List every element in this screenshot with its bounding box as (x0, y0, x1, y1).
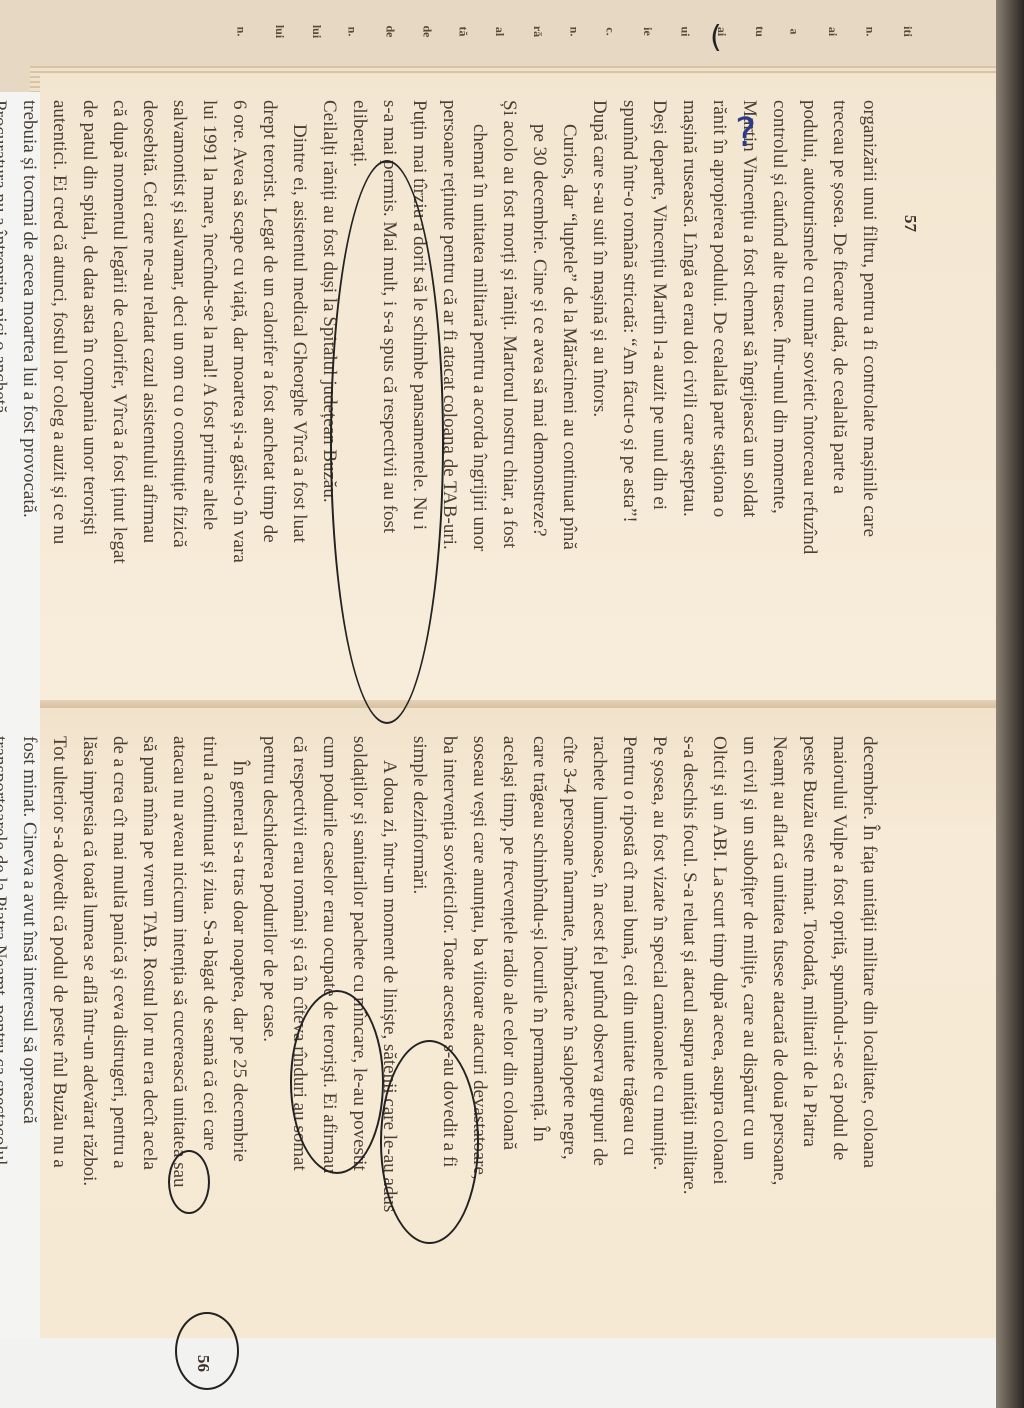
text-line: peste Buzău este minat. Totodată, milita… (794, 736, 824, 1336)
edge-glyph: n. (344, 27, 359, 37)
edge-glyph: de (420, 26, 435, 38)
scanner-edge (996, 0, 1024, 1408)
text-line: lăsa impresia că toată lumea se află înt… (74, 736, 104, 1336)
edge-glyph: ui (678, 26, 693, 36)
edge-glyph: al (492, 27, 507, 36)
text-line: podului, autoturismele cu număr sovietic… (794, 100, 824, 700)
text-line: Procuratura nu a întreprins nici o anche… (0, 100, 14, 700)
text-line: Martin Vincențiu a fost chemat să îngrij… (734, 100, 764, 700)
text-line: În general s-a tras doar noaptea, dar pe… (224, 736, 254, 1336)
text-line: maiorului Vulpe a fost oprită, spunîndu-… (824, 736, 854, 1336)
handwritten-circle-page-number (175, 1312, 239, 1390)
edge-glyph: tă (456, 27, 471, 37)
text-line: tirul a continuat și ziua. S-a băgat de … (194, 736, 224, 1336)
text-line: deosebită. Cei care ne-au relatat cazul … (134, 100, 164, 700)
text-line: A doua zi, într-un moment de liniște, să… (374, 736, 404, 1336)
edge-glyph: n. (862, 27, 877, 37)
page-number-56: 56 (193, 1355, 213, 1372)
text-line: Pentru o ripostă cît mai bună, cei din u… (614, 736, 644, 1336)
scanner-margin (0, 1338, 1000, 1408)
text-line: s-a deschis focul. S-a reluat și atacul … (674, 736, 704, 1336)
text-line: treceau pe șosea. De fiecare dată, de ce… (824, 100, 854, 700)
handwritten-oval-annotation (168, 1150, 210, 1214)
text-line: Dintre ei, asistentul medical Gheorghe V… (284, 100, 314, 700)
text-line: mașină rusească. Lîngă ea erau doi civil… (674, 100, 704, 700)
edge-glyph: ră (530, 26, 545, 37)
text-line: trebuia și tocmai de aceea moartea lui a… (14, 100, 44, 700)
text-line: un civil și un subofițer de miliție, car… (734, 736, 764, 1336)
edge-glyph: iti (900, 26, 915, 37)
page-number-57: 57 (900, 215, 920, 232)
text-line: transportoarele de la Piatra Neamț, pent… (0, 736, 14, 1336)
text-line: de a crea cît mai multă panică și ceva d… (104, 736, 134, 1336)
text-line: 6 ore. Avea să scape cu viață, dar moart… (224, 100, 254, 700)
text-line: ba intervenția sovieticilor. Toate acest… (434, 736, 464, 1336)
text-line: spunînd într-o română stricată: “Am făcu… (614, 100, 644, 700)
handwritten-oval-annotation (290, 990, 384, 1174)
question-mark-icon: ? (735, 110, 756, 156)
text-line: Deși departe, Vincențiu Martin l-a auzit… (644, 100, 674, 700)
text-line: Pe șosea, au fost vizate în special cami… (644, 736, 674, 1336)
text-line: că după momentul legării de calorifer, V… (104, 100, 134, 700)
text-line: fost minat. Cineva a avut însă interesul… (14, 736, 44, 1336)
text-line: Și acolo au fost morți și răniți. Martor… (494, 100, 524, 700)
edge-glyph: n. (566, 27, 581, 37)
text-line: simple dezinformări. (404, 736, 434, 1336)
edge-glyph: lui (272, 25, 287, 38)
handwritten-mark-icon: ( (710, 20, 722, 55)
edge-glyph: lui (309, 25, 324, 38)
edge-glyph: ai (825, 27, 840, 36)
text-line: lui 1991 la mare, înecîndu-se la mal! A … (194, 100, 224, 700)
text-line: să pună mîna pe vreun TAB. Rostul lor nu… (134, 736, 164, 1336)
edge-glyph: a (787, 29, 802, 35)
text-line: salvamontist și salvamar, deci un om cu … (164, 100, 194, 700)
text-line: rachete luminoase, în acest fel putînd o… (584, 736, 614, 1336)
text-line: autentici. Ei cred că atunci, fostul lor… (44, 100, 74, 700)
text-line: Neamț au aflat că unitatea fusese atacat… (764, 736, 794, 1336)
handwritten-oval-annotation (380, 1040, 479, 1244)
text-line: atacau nu aveau nicicum intenția să cuce… (164, 736, 194, 1336)
text-line: decembrie. În fața unității militare din… (854, 736, 884, 1336)
text-line: organizării unui filtru, pentru a fi con… (854, 100, 884, 700)
edge-glyph: c. (603, 27, 618, 35)
text-line: cîte 3-4 persoane înarmate, îmbrăcate în… (554, 736, 584, 1336)
edge-glyph-fragments: n.luiluin.dedetăalrăn.c.ieuiaituaain.iti (0, 0, 1000, 66)
edge-glyph: ie (640, 27, 655, 36)
text-line: drept terorist. Legat de un calorifer a … (254, 100, 284, 700)
text-line: care trăgeau schimbîndu-și locurile în p… (524, 736, 554, 1336)
text-line: rănit în apropierea podului. De cealaltă… (704, 100, 734, 700)
text-line: pe 30 decembrie. Cine și ce avea să mai … (524, 100, 554, 700)
text-line: același timp, pe frecvențele radio ale c… (494, 736, 524, 1336)
text-line: controlul și căutînd alte trasee. Într-u… (764, 100, 794, 700)
handwritten-oval-annotation (330, 160, 444, 724)
text-line: Curios, dar “luptele” de la Mărăcineni a… (554, 100, 584, 700)
book-spread: n.luiluin.dedetăalrăn.c.ieuiaituaain.iti… (0, 0, 1024, 1408)
text-line: soseau vești care anunțau, ba viitoare a… (464, 736, 494, 1336)
edge-glyph: de (383, 26, 398, 38)
text-line: pentru deschiderea podurilor de pe case. (254, 736, 284, 1336)
edge-glyph: n. (233, 27, 248, 37)
edge-glyph: tu (752, 26, 767, 37)
text-line: Oltcit și un ABI. La scurt timp după ace… (704, 736, 734, 1336)
text-line: chemat în unitatea militară pentru a aco… (464, 100, 494, 700)
text-line: Tot ulterior s-a dovedit că podul de pes… (44, 736, 74, 1336)
text-line: După care s-au suit în mașină și au înto… (584, 100, 614, 700)
text-line: de patul din spital, de data asta în com… (74, 100, 104, 700)
page-57-text: organizării unui filtru, pentru a fi con… (194, 100, 884, 700)
